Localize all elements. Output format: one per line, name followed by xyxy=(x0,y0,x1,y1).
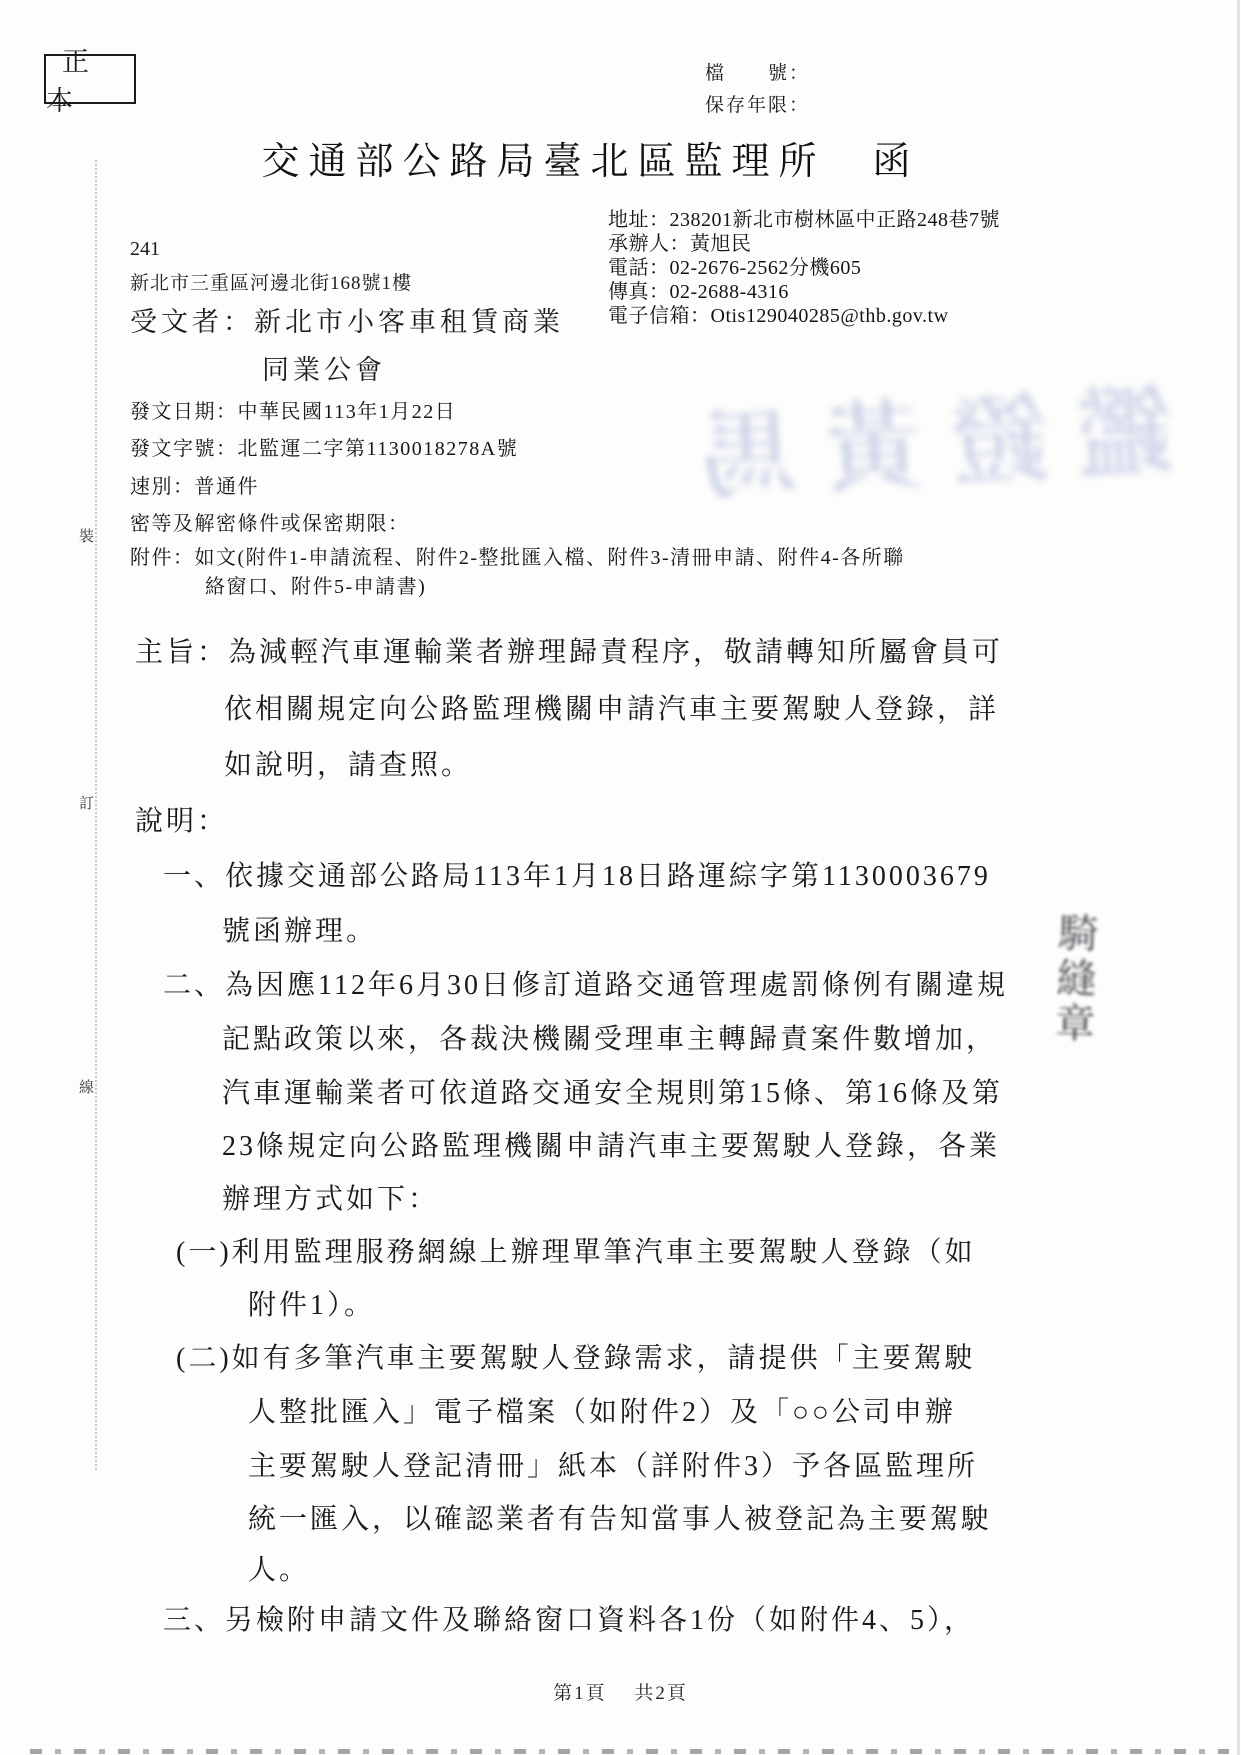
recipient-line2: 同業公會 xyxy=(262,348,386,387)
item1-line: 一、依據交通部公路局113年1月18日路運綜字第1130003679 xyxy=(163,854,991,894)
sub-item2-line: 主要駕駛人登記清冊」紙本（詳附件3）予各區監理所 xyxy=(248,1444,978,1484)
recipient-zip: 241 xyxy=(130,238,160,261)
item1-line: 號函辦理。 xyxy=(222,909,377,949)
scan-edge-artifact xyxy=(1237,0,1240,1755)
explanation-label: 說明： xyxy=(135,799,228,839)
issue-number: 發文字號：北監運二字第1130018278A號 xyxy=(130,432,518,461)
file-number-label: 檔 號： xyxy=(705,58,810,85)
sub-item2-line: 人整批匯入」電子檔案（如附件2）及「○○公司申辦 xyxy=(248,1390,956,1430)
sub-item1-line: 附件1）。 xyxy=(248,1283,375,1323)
document-title: 交通部公路局臺北區監理所 函 xyxy=(0,130,1181,185)
recipient-line1: 受文者：新北市小客車租賃商業 xyxy=(130,300,564,339)
item2-line: 23條規定向公路監理機關申請汽車主要駕駛人登錄，各業 xyxy=(222,1124,1000,1164)
security-class: 密等及解密條件或保密期限： xyxy=(130,507,410,536)
sender-officer: 承辦人：黃旭民 xyxy=(608,232,1000,256)
item2-line: 二、為因應112年6月30日修訂道路交通管理處罰條例有關違規 xyxy=(163,963,1008,1003)
paging-seal-stamp: 騎縫章 xyxy=(1039,911,1104,1058)
item2-line: 記點政策以來，各裁決機關受理車主轉歸責案件數增加， xyxy=(222,1017,997,1057)
copy-type-stamp: 正本 xyxy=(44,54,136,104)
sender-address: 地址：238201新北市樹林區中正路248巷7號 xyxy=(608,208,1000,232)
subject-line: 依相關規定向公路監理機關申請汽車主要駕駛人登錄，詳 xyxy=(224,687,999,727)
blue-ink-stamp: 鑑鐙黃馬 xyxy=(551,354,1179,546)
speed-class: 速別：普通件 xyxy=(130,470,259,499)
sub-item2-line: (二)如有多筆汽車主要駕駛人登錄需求，請提供「主要駕駛 xyxy=(176,1336,976,1376)
binding-margin-label-ding: 訂 xyxy=(79,790,94,815)
recipient-street: 新北市三重區河邊北街168號1樓 xyxy=(130,268,412,295)
binding-margin-label-zhuang: 裝 xyxy=(79,523,94,548)
scan-bottom-noise xyxy=(30,1749,1229,1754)
attachment-line-2: 絡窗口、附件5-申請書) xyxy=(205,570,426,599)
item2-line: 汽車運輸業者可依道路交通安全規則第15條、第16條及第 xyxy=(222,1071,1003,1111)
sender-phone: 電話：02-2676-2562分機605 xyxy=(608,256,1000,280)
subject-line: 如說明，請查照。 xyxy=(224,743,472,783)
page-number-footer: 第1頁 共2頁 xyxy=(0,1678,1241,1705)
sender-contact-block: 地址：238201新北市樹林區中正路248巷7號 承辦人：黃旭民 電話：02-2… xyxy=(608,208,1000,328)
sub-item2-line: 統一匯入，以確認業者有告知當事人被登記為主要駕駛 xyxy=(248,1497,992,1537)
binding-margin-label-xian: 線 xyxy=(79,1074,94,1099)
item3-line: 三、另檢附申請文件及聯絡窗口資料各1份（如附件4、5）， xyxy=(163,1598,975,1638)
issue-date: 發文日期：中華民國113年1月22日 xyxy=(130,395,456,424)
sender-email: 電子信箱：Otis129040285@thb.gov.tw xyxy=(608,304,1000,328)
sub-item2-line: 人。 xyxy=(248,1548,310,1588)
item2-line: 辦理方式如下： xyxy=(222,1177,439,1217)
subject-line: 主旨：為減輕汽車運輸業者辦理歸責程序，敬請轉知所屬會員可 xyxy=(135,630,1003,670)
retention-period-label: 保存年限： xyxy=(705,90,810,117)
sender-fax: 傳真：02-2688-4316 xyxy=(608,280,1000,304)
scanned-official-letter-page: 正本 檔 號： 保存年限： 交通部公路局臺北區監理所 函 241 新北市三重區河… xyxy=(0,0,1241,1755)
binding-dotted-line xyxy=(95,160,97,1470)
sub-item1-line: (一)利用監理服務網線上辦理單筆汽車主要駕駛人登錄（如 xyxy=(176,1230,976,1270)
attachment-line-1: 附件：如文(附件1-申請流程、附件2-整批匯入檔、附件3-清冊申請、附件4-各所… xyxy=(130,541,905,570)
